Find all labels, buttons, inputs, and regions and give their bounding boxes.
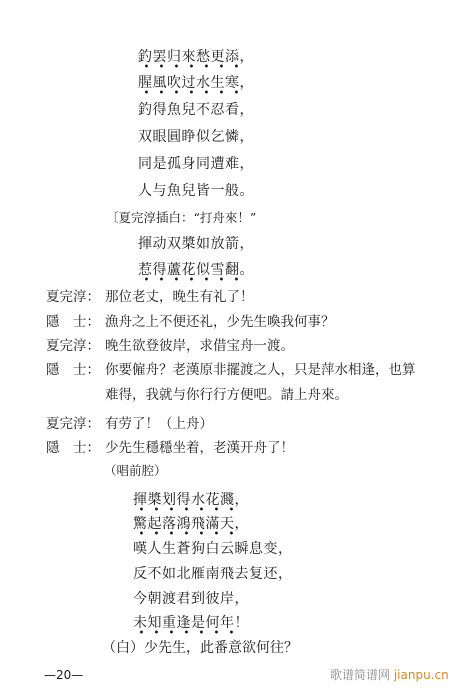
- verse-line: 人与魚兒皆一般。: [138, 180, 254, 200]
- speaker-label: 隱 士：: [46, 358, 100, 378]
- verse-line: 嘆人生蒼狗白云瞬息变，: [133, 538, 293, 558]
- dialogue-line: 有劳了！（上舟）: [105, 412, 213, 432]
- speaker-label: 夏完淳：: [46, 334, 100, 354]
- dialogue-line: 你要僱舟？老漢原非擺渡之人，只是萍水相逢，也算: [105, 358, 416, 378]
- speaker-label: 夏完淳：: [46, 285, 100, 305]
- verse-line: 釣得魚兒不忍看，: [138, 99, 254, 119]
- dialogue-line: 少先生穩穩坐着，老漢开舟了！: [105, 436, 294, 456]
- emphasis-dots: [134, 533, 239, 537]
- watermark: 歌谱简谱网 jianpu.cn: [330, 666, 449, 683]
- speaker-label: 隱 士：: [46, 436, 100, 456]
- emphasis-dots: [139, 66, 244, 70]
- document-page: 釣罢归來愁更添， 腥風吹过水生寒， 釣得魚兒不忍看， 双眼圓睁似乞憐， 同是孤身…: [0, 0, 458, 690]
- page-number: —20—: [44, 668, 83, 682]
- dialogue-line: 漁舟之上不便还礼，少先生喚我何事？: [105, 310, 335, 330]
- verse-line: 同是孤身同遭难，: [138, 153, 254, 173]
- closing-dialogue: （白）少先生，此番意欲何往？: [102, 637, 298, 657]
- emphasis-dots: [139, 92, 244, 96]
- dialogue-line: 晚生欲登彼岸，求借宝舟一渡。: [105, 334, 294, 354]
- verse-line: 揮动双槳如放箭，: [138, 233, 254, 253]
- watermark-url: jianpu.cn: [394, 668, 449, 682]
- speaker-label: 夏完淳：: [46, 412, 100, 432]
- verse-line: 今朝渡君到彼岸，: [133, 588, 249, 608]
- stage-direction: 〔夏完淳插白：“打舟來！”: [106, 208, 256, 226]
- emphasis-dots: [134, 632, 239, 636]
- stage-direction: （唱前腔）: [104, 461, 167, 479]
- verse-line: 双眼圓睁似乞憐，: [138, 126, 254, 146]
- speaker-label: 隱 士：: [46, 310, 100, 330]
- dialogue-continuation: 难得，我就与你行行方便吧。請上舟來。: [105, 383, 348, 403]
- dialogue-line: 那位老丈，晚生有礼了！: [105, 285, 254, 305]
- verse-line: 反不如北雁南飛去复还，: [133, 563, 293, 583]
- emphasis-dots: [139, 279, 244, 283]
- watermark-site-name: 歌谱简谱网: [330, 668, 390, 682]
